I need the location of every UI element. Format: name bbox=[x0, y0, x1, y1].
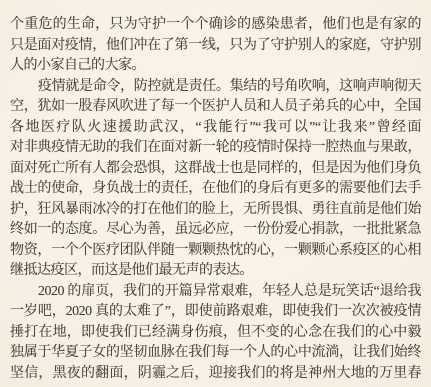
text-line: 继抵达疫区，而这是他们最无声的表达。 bbox=[10, 261, 421, 282]
paragraph-1: 个重危的生命，只为守护一个个确诊的感染患者，他们也是有家的人， 只是面对疫情，他… bbox=[10, 15, 421, 77]
text-line: 各地医疗队火速援助武汉，“我能行”“我可以”“让我来”曾经面 bbox=[10, 118, 421, 139]
text-line: 个重危的生命，只为守护一个个确诊的感染患者，他们也是有家的人， bbox=[10, 15, 421, 36]
text-line: 坚信，黑夜的翻面，阴霾之后，迎接我们的将是神州大地的万里春光。 bbox=[10, 364, 421, 385]
text-line: 只是面对疫情，他们冲在了第一线，只为了守护别人的家庭，守护别 bbox=[10, 36, 421, 57]
text-line: 战士的使命，身负战士的责任，在他们的身后有更多的需要他们去手 bbox=[10, 179, 421, 200]
text-line: 护，狂风暴雨冰冷的打在他们的脸上，无所畏惧、勇往直前是他们始 bbox=[10, 200, 421, 221]
text-line: 人的小家自己的大家。 bbox=[10, 56, 421, 77]
text-line: 对非典疫情无助的我们在面对新一轮的疫情时保持一腔热血与果敢， bbox=[10, 138, 421, 159]
paragraph-3: 2020 的扉页，我们的开篇异常艰难，年轻人总是玩笑话“退给我 一岁吧，2020… bbox=[10, 282, 421, 385]
document-page: 个重危的生命，只为守护一个个确诊的感染患者，他们也是有家的人， 只是面对疫情，他… bbox=[0, 0, 431, 387]
text-line: 独属于华夏子女的坚韧血脉在我们每一个人的心中流淌，让我们始终 bbox=[10, 343, 421, 364]
text-line: 终如一的态度。尽心为善，虽远必应，一份份爱心捐款，一批批紧急 bbox=[10, 220, 421, 241]
text-line: 疫情就是命令，防控就是责任。集结的号角吹响，这响声响彻天 bbox=[10, 77, 421, 98]
text-line: 一岁吧，2020 真的太难了”，即使前路艰难，即使我们一次次被疫情 bbox=[10, 302, 421, 323]
paragraph-2: 疫情就是命令，防控就是责任。集结的号角吹响，这响声响彻天 空，犹如一股春风吹进了… bbox=[10, 77, 421, 282]
text-line: 物资，一个个医疗团队伴随一颗颗热忱的心，一颗颗心系疫区的心相 bbox=[10, 241, 421, 262]
text-line: 2020 的扉页，我们的开篇异常艰难，年轻人总是玩笑话“退给我 bbox=[10, 282, 421, 303]
text-line: 面对死亡所有人都会恐惧，这群战士也是同样的，但是因为他们身负 bbox=[10, 159, 421, 180]
text-line: 捶打在地，即使我们已经满身伤痕，但不变的心念在我们的心中毅力， bbox=[10, 323, 421, 344]
text-line: 空，犹如一股春风吹进了每一个医护人员和人员子弟兵的心中，全国 bbox=[10, 97, 421, 118]
